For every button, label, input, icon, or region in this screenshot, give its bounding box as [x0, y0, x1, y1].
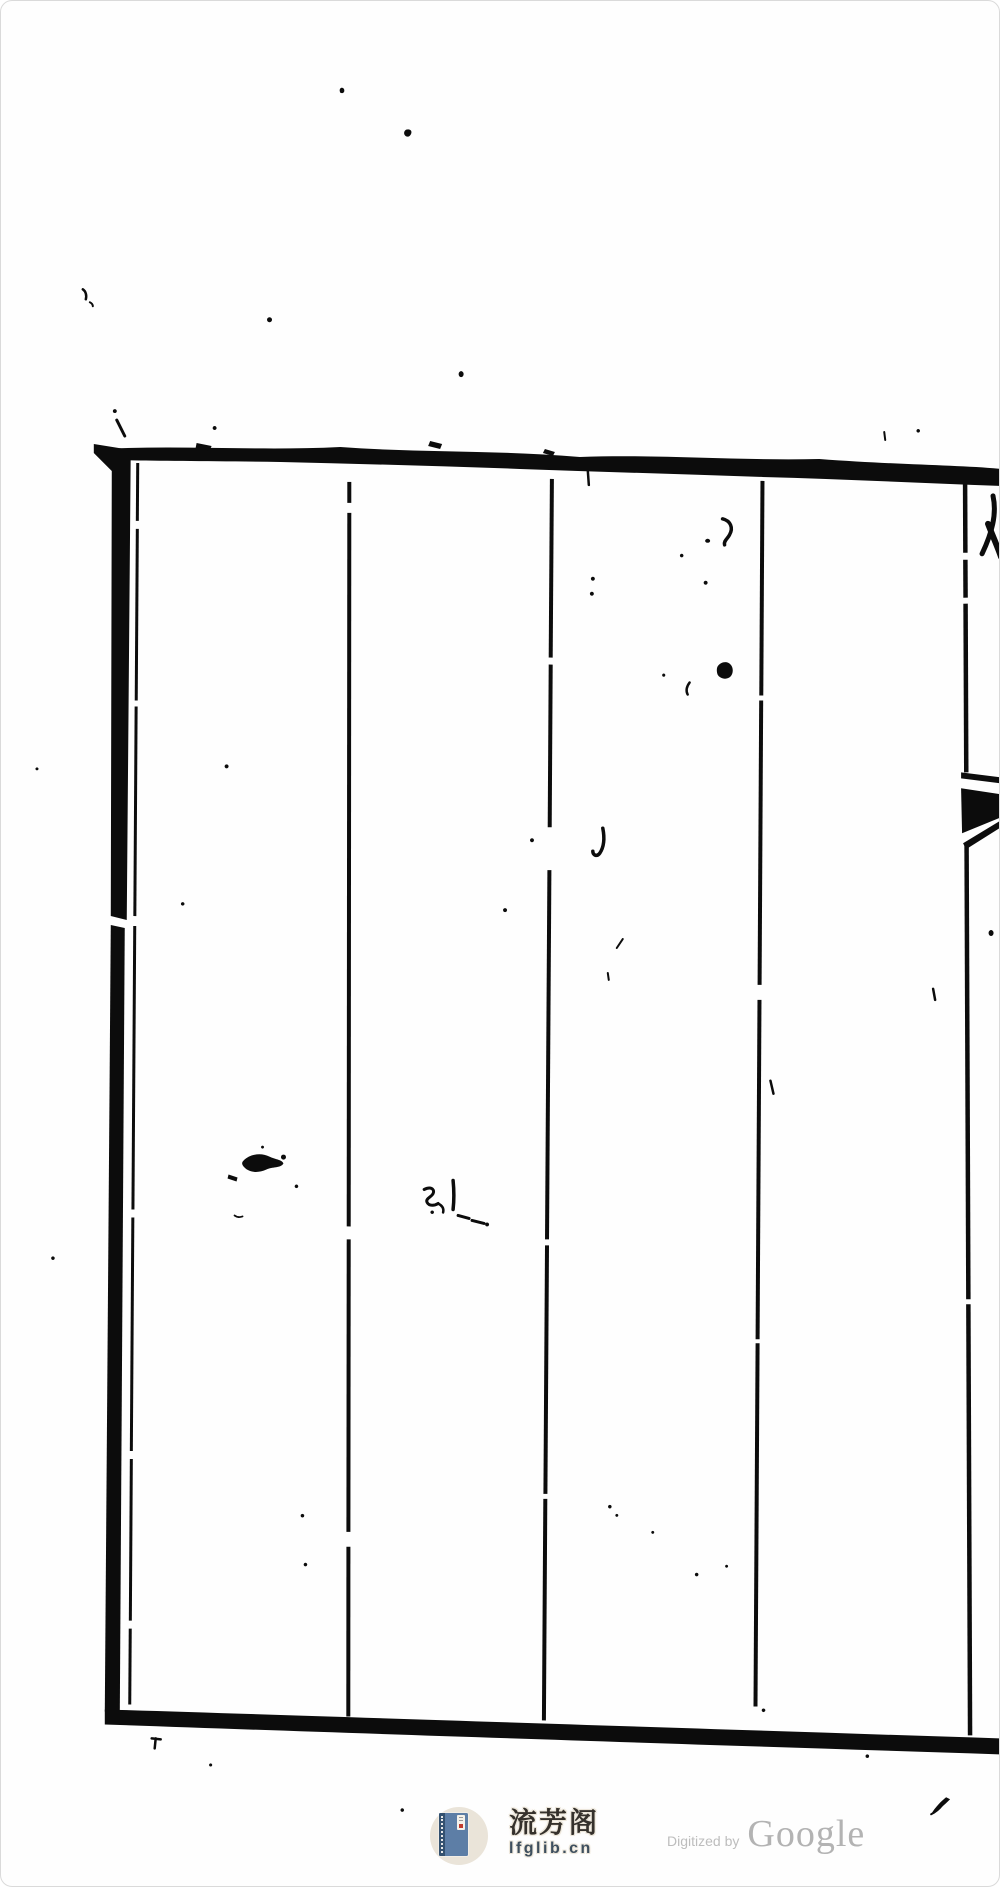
- ink-mark: [209, 1763, 212, 1766]
- ink-mark: [228, 1175, 238, 1182]
- ink-mark: [35, 767, 38, 770]
- ink-mark: [591, 577, 595, 581]
- ink-mark: [608, 973, 609, 980]
- ink-mark: [472, 1220, 484, 1223]
- google-logo: Google: [747, 1815, 865, 1853]
- ink-mark: [225, 764, 229, 768]
- ink-mark: [400, 1808, 404, 1812]
- ink-marks: [35, 88, 993, 1815]
- ink-mark: [530, 838, 534, 842]
- column-line: [133, 926, 135, 1209]
- book-title-label: [457, 1815, 465, 1830]
- column-line: [135, 706, 136, 916]
- ink-mark: [340, 88, 345, 93]
- ink-mark: [267, 317, 272, 322]
- bottom-border: [105, 1709, 1000, 1754]
- ink-mark: [687, 683, 690, 695]
- ink-mark: [301, 1514, 305, 1518]
- ink-mark: [404, 129, 411, 136]
- ink-mark: [261, 1146, 264, 1149]
- column-line: [551, 479, 552, 658]
- column-line: [547, 870, 549, 1239]
- column-line: [755, 1343, 757, 1706]
- column-line: [761, 481, 762, 696]
- fold-divider-line: [961, 772, 1000, 783]
- ink-mark: [723, 519, 732, 545]
- column-line: [967, 843, 969, 1299]
- ink-mark: [866, 1754, 870, 1758]
- column-line: [131, 1217, 132, 1451]
- ink-mark: [680, 554, 684, 558]
- digitized-by: Digitized by Google: [667, 1815, 865, 1853]
- column-line: [966, 604, 967, 773]
- ink-mark: [695, 1573, 699, 1577]
- ink-mark: [453, 1181, 454, 1210]
- ink-mark: [588, 471, 589, 485]
- ink-mark: [438, 1203, 443, 1212]
- ink-mark: [51, 1256, 55, 1260]
- ink-mark: [242, 1154, 283, 1172]
- red-seal: [459, 1824, 463, 1828]
- ink-mark: [989, 930, 994, 936]
- ink-mark: [428, 441, 442, 449]
- ink-mark: [83, 289, 86, 299]
- ink-mark: [725, 1565, 728, 1568]
- book-icon: [439, 1813, 468, 1856]
- watermark-badge: [430, 1807, 488, 1865]
- book-stitches: [441, 1816, 443, 1853]
- ink-mark: [424, 1188, 438, 1205]
- column-line: [758, 1000, 760, 1339]
- ink-mark: [113, 409, 117, 413]
- ink-mark: [662, 674, 665, 677]
- ink-mark: [295, 1185, 299, 1189]
- ink-mark: [459, 371, 464, 377]
- ink-mark: [770, 1081, 773, 1094]
- column-line: [760, 700, 762, 984]
- page-frame-svg: [1, 1, 1000, 1887]
- ink-mark: [608, 1505, 612, 1509]
- ink-mark: [430, 1210, 434, 1214]
- left-border: [94, 444, 131, 920]
- ink-mark: [617, 939, 623, 948]
- left-border-lower: [105, 925, 125, 1719]
- ink-mark: [651, 1531, 654, 1534]
- ink-mark: [762, 1708, 766, 1712]
- ink-mark: [615, 1514, 618, 1517]
- column-line: [544, 1499, 545, 1721]
- scanned-book-page: 流芳阁 lfglib.cn Digitized by Google: [0, 0, 1000, 1887]
- lfglib-watermark: 流芳阁 lfglib.cn: [430, 1807, 599, 1865]
- ink-mark: [884, 432, 885, 440]
- ink-mark: [235, 1215, 243, 1217]
- column-line: [968, 1304, 970, 1735]
- site-domain: lfglib.cn: [509, 1840, 599, 1858]
- ink-mark: [593, 828, 604, 855]
- ink-mark: [704, 581, 708, 585]
- column-lines: [130, 463, 970, 1735]
- book-label-text: [459, 1817, 463, 1823]
- ink-mark: [90, 302, 93, 306]
- ink-mark: [458, 1215, 469, 1218]
- column-line: [545, 1245, 547, 1494]
- ink-mark: [281, 1155, 286, 1160]
- watermark-text: 流芳阁 lfglib.cn: [509, 1807, 599, 1858]
- ink-mark: [304, 1563, 308, 1567]
- ink-mark: [717, 662, 733, 679]
- ink-mark: [590, 592, 594, 596]
- ink-mark: [213, 426, 217, 430]
- ink-mark: [503, 908, 507, 912]
- column-line: [349, 513, 350, 1227]
- digitized-by-label: Digitized by: [667, 1833, 739, 1849]
- site-name: 流芳阁: [509, 1807, 599, 1838]
- column-line: [550, 665, 551, 828]
- ink-mark: [916, 429, 920, 433]
- ink-mark: [152, 1738, 161, 1748]
- ink-mark: [485, 1222, 489, 1226]
- ink-mark: [181, 902, 185, 906]
- column-line: [130, 1459, 131, 1621]
- ink-mark: [933, 989, 935, 1000]
- column-line: [136, 529, 137, 701]
- ink-mark: [117, 420, 125, 436]
- ink-mark: [705, 539, 710, 543]
